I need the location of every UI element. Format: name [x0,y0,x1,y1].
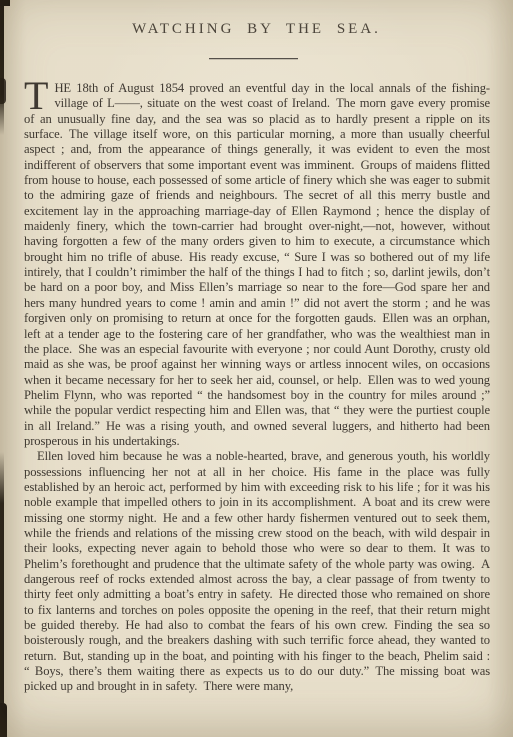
paragraph-1: THE 18th of August 1854 proved an eventf… [24,81,490,449]
scan-gutter-mark [0,78,6,104]
scan-corner-mark [0,0,10,6]
scan-gutter-shadow-top [0,0,4,135]
title-divider [209,58,298,59]
drop-cap: T [24,81,48,111]
scan-gutter-mark-bottom [0,703,7,737]
paragraph-2: Ellen loved him because he was a noble-h… [24,449,490,695]
story-text: THE 18th of August 1854 proved an eventf… [24,81,490,695]
book-page: WATCHING BY THE SEA. THE 18th of August … [0,0,513,737]
page-title: WATCHING BY THE SEA. [0,21,513,38]
scan-gutter-shadow-bottom [0,452,4,737]
paragraph-1-text: HE 18th of August 1854 proved an eventfu… [24,81,490,448]
